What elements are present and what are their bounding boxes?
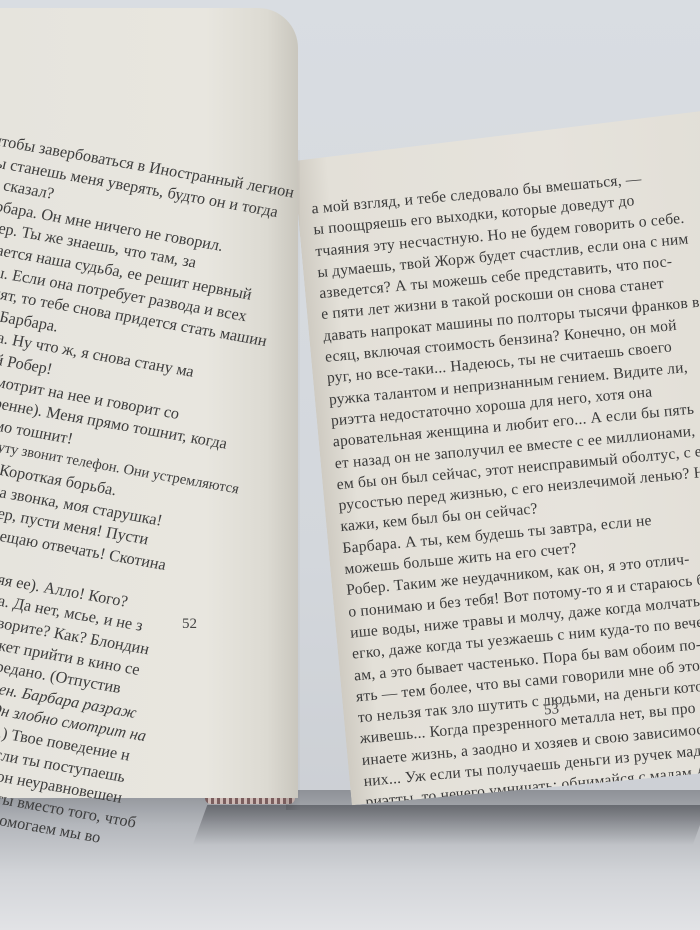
left-page: чтобы завербоваться в Иностранный легион… <box>0 8 298 798</box>
left-page-text: чтобы завербоваться в Иностранный легион… <box>0 130 331 863</box>
right-page-text: а мой взгляд, и тебе следовало бы вмешат… <box>311 160 700 899</box>
book-shadow <box>193 805 700 845</box>
page-number-left: 52 <box>182 616 197 633</box>
right-page: а мой взгляд, и тебе следовало бы вмешат… <box>292 110 700 805</box>
photo-scene: а мой взгляд, и тебе следовало бы вмешат… <box>0 0 700 930</box>
page-number-right: 53 <box>543 701 559 719</box>
